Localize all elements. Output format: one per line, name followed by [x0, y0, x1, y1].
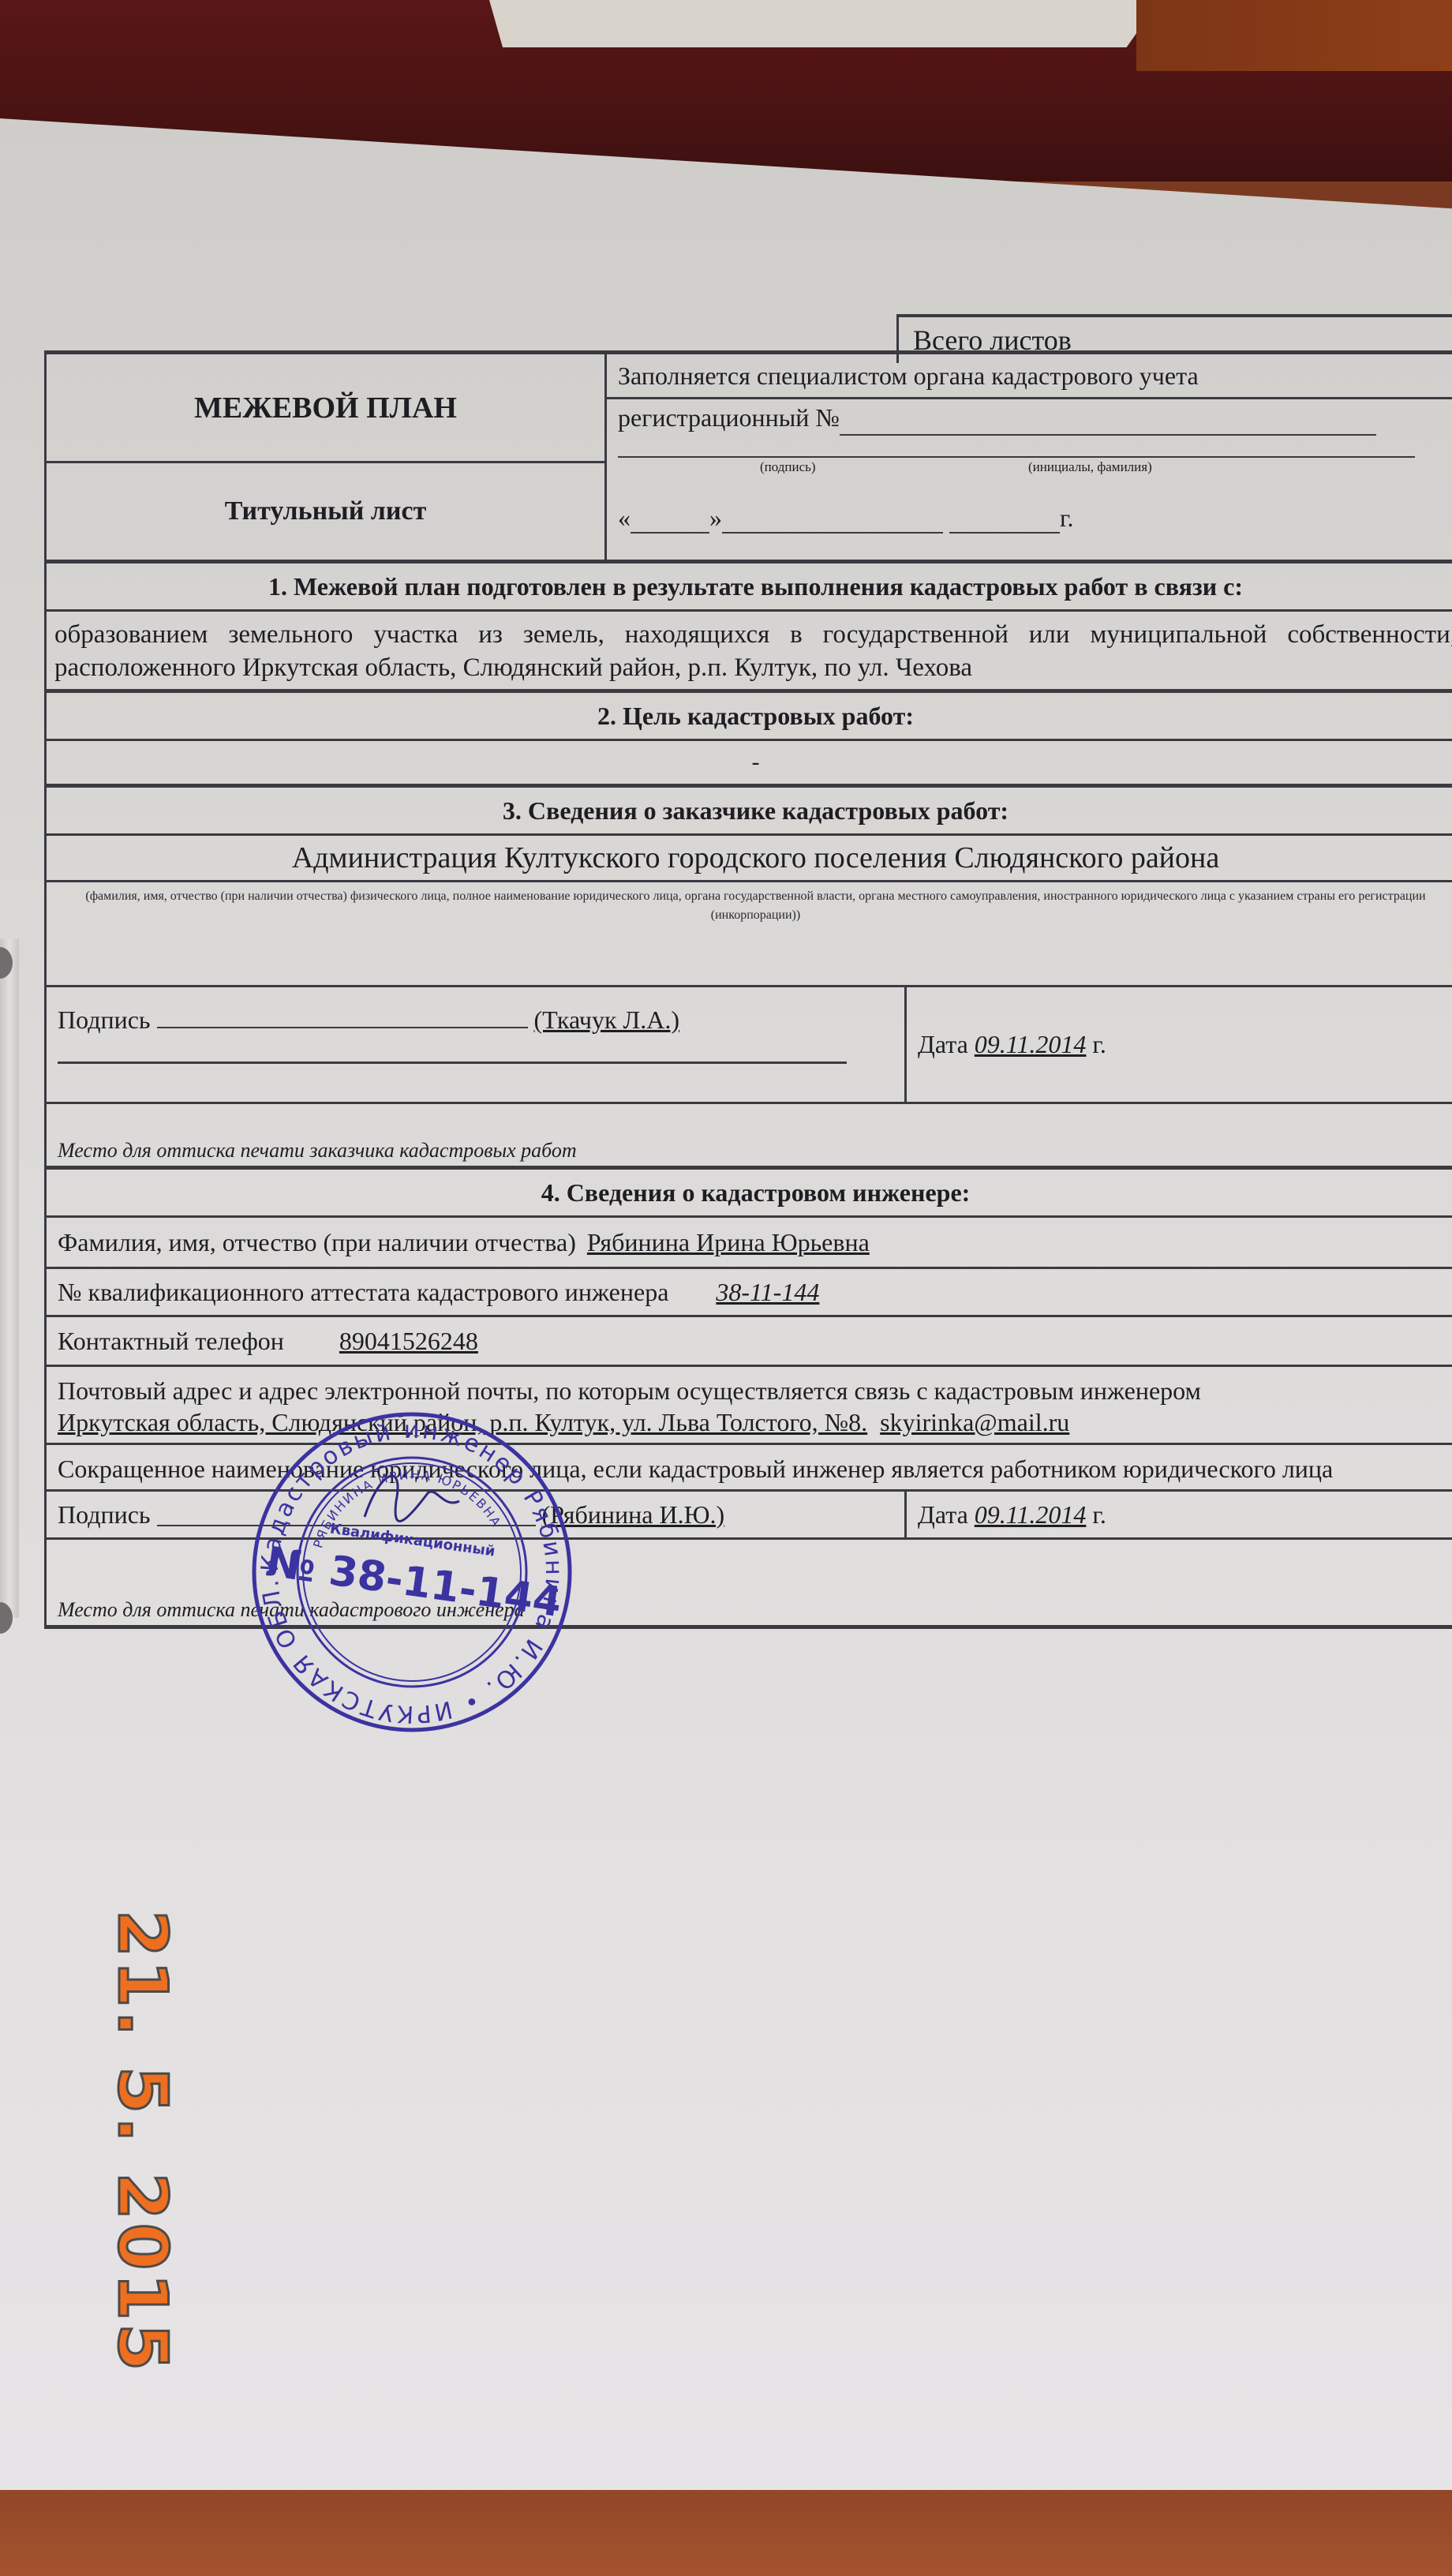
- engineer-address-label: Почтовый адрес и адрес электронной почты…: [58, 1375, 1452, 1406]
- engineer-stamp: Кадастровый инженер Рябинина И.Ю. • ИРКУ…: [246, 1406, 578, 1738]
- section-1-text: образованием земельного участка из земел…: [47, 612, 1452, 689]
- customer-signature-blank: [157, 1005, 528, 1028]
- background-paper-sheet: [489, 0, 1160, 47]
- section-4-header: 4. Сведения о кадастровом инженере:: [47, 1170, 1452, 1218]
- day-blank: [631, 508, 709, 534]
- section-3-title: 3. Сведения о заказчике кадастровых рабо…: [47, 788, 1452, 833]
- engineer-date-label: Дата: [918, 1500, 968, 1529]
- registry-date-field: «» г.: [618, 485, 1452, 551]
- customer-date-suffix: г.: [1092, 1030, 1106, 1059]
- engineer-date-cell: Дата 09.11.2014 г.: [907, 1492, 1452, 1537]
- customer-date-cell: Дата 09.11.2014 г.: [907, 987, 1452, 1102]
- form-header: МЕЖЕВОЙ ПЛАН Титульный лист Заполняется …: [47, 354, 1452, 563]
- registration-number-field: регистрационный №: [618, 399, 1452, 436]
- filled-by-label: Заполняется специалистом органа кадастро…: [607, 354, 1452, 399]
- customer-date-label: Дата: [918, 1030, 968, 1059]
- engineer-signature-label: Подпись: [58, 1500, 151, 1529]
- customer-signature-line: [58, 1061, 847, 1064]
- engineer-phone-row: Контактный телефон 89041526248: [47, 1317, 1452, 1367]
- engineer-cert-value: 38-11-144: [716, 1278, 819, 1307]
- section-1-title: 1. Межевой план подготовлен в результате…: [47, 563, 1452, 609]
- document-subtitle: Титульный лист: [47, 463, 604, 560]
- customer-signature-label: Подпись: [58, 1005, 151, 1034]
- caption-initials: (инициалы, фамилия): [1028, 459, 1152, 475]
- background-wood-top: [1136, 0, 1452, 71]
- registration-number-label: регистрационный №: [618, 403, 840, 432]
- customer-date-value: 09.11.2014: [975, 1030, 1087, 1059]
- engineer-email-value: skyirinka@mail.ru: [880, 1408, 1069, 1436]
- engineer-cert-row: № квалификационного аттестата кадастрово…: [47, 1269, 1452, 1317]
- section-1-body: образованием земельного участка из земел…: [47, 612, 1452, 693]
- quote-close: »: [709, 504, 722, 532]
- engineer-date-suffix: г.: [1092, 1500, 1106, 1529]
- customer-row: Администрация Култукского городского пос…: [47, 836, 1452, 882]
- binder-strip: [0, 939, 19, 1618]
- section-2-text: -: [47, 741, 1452, 784]
- engineer-name-label: Фамилия, имя, отчество (при наличии отче…: [58, 1228, 576, 1257]
- section-4-title: 4. Сведения о кадастровом инженере:: [47, 1170, 1452, 1215]
- engineer-date-value: 09.11.2014: [975, 1500, 1087, 1529]
- caption-signature: (подпись): [760, 459, 816, 475]
- section-1-header: 1. Межевой план подготовлен в результате…: [47, 563, 1452, 612]
- section-2-header: 2. Цель кадастровых работ:: [47, 693, 1452, 741]
- photo-timestamp: 21. 5. 2015: [103, 1910, 181, 2374]
- month-blank: [722, 508, 943, 534]
- stamp-icon: Кадастровый инженер Рябинина И.Ю. • ИРКУ…: [246, 1406, 578, 1738]
- engineer-name-value: Рябинина Ирина Юрьевна: [587, 1228, 870, 1257]
- customer-signer: (Ткачук Л.А.): [534, 1005, 680, 1034]
- customer-signature-row: Подпись (Ткачук Л.А.) Дата 09.11.2014 г.: [47, 987, 1452, 1104]
- customer-name: Администрация Култукского городского пос…: [47, 836, 1452, 880]
- customer-seal-row: Место для оттиска печати заказчика кадас…: [47, 1104, 1452, 1170]
- quote-open: «: [618, 504, 631, 532]
- section-3-header: 3. Сведения о заказчике кадастровых рабо…: [47, 788, 1452, 836]
- document-title: МЕЖЕВОЙ ПЛАН: [47, 354, 604, 463]
- engineer-phone-label: Контактный телефон: [58, 1327, 284, 1356]
- customer-seal-label: Место для оттиска печати заказчика кадас…: [58, 1139, 577, 1163]
- year-blank: [949, 508, 1060, 534]
- engineer-name-row: Фамилия, имя, отчество (при наличии отче…: [47, 1218, 1452, 1269]
- registration-number-blank: [840, 410, 1376, 436]
- engineer-phone-value: 89041526248: [339, 1327, 478, 1356]
- year-suffix: г.: [1060, 504, 1074, 532]
- customer-hint: (фамилия, имя, отчество (при наличии отч…: [47, 882, 1452, 985]
- background-desk-bottom: [0, 2478, 1452, 2576]
- customer-hint-row: (фамилия, имя, отчество (при наличии отч…: [47, 882, 1452, 987]
- section-2-body: -: [47, 741, 1452, 788]
- engineer-cert-label: № квалификационного аттестата кадастрово…: [58, 1278, 668, 1307]
- customer-signature-cell: Подпись (Ткачук Л.А.): [47, 987, 907, 1102]
- registry-block: Заполняется специалистом органа кадастро…: [607, 354, 1452, 560]
- section-2-title: 2. Цель кадастровых работ:: [47, 693, 1452, 739]
